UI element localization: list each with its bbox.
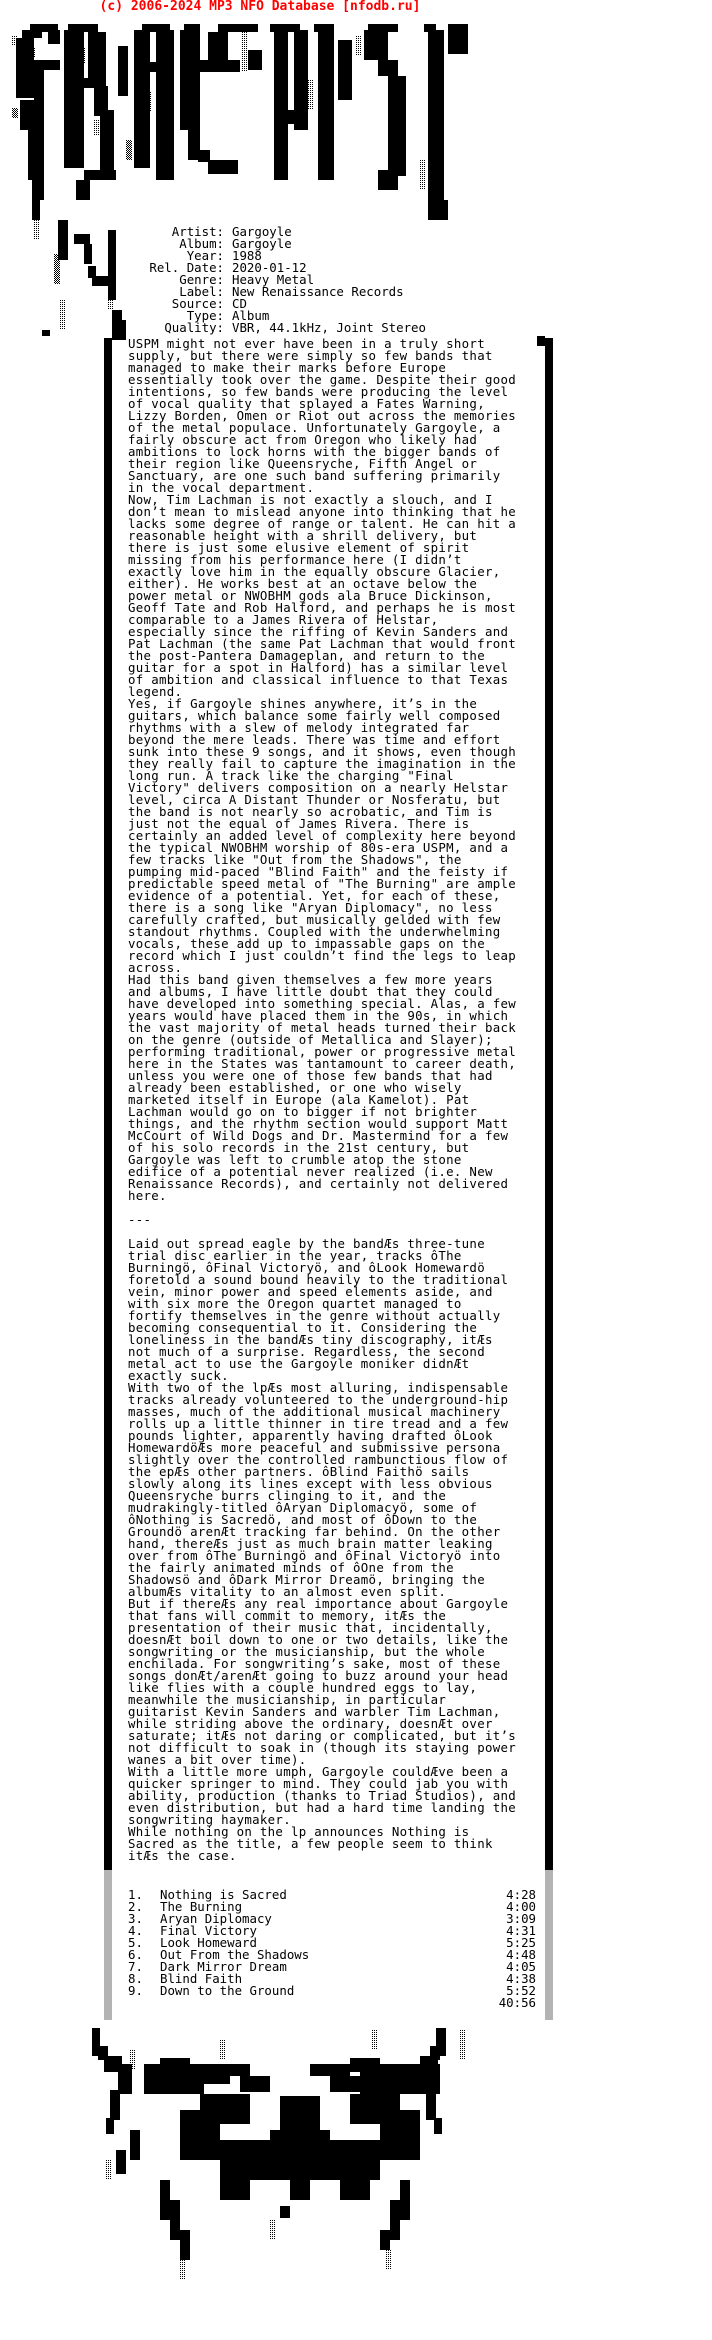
review-line: Renaissance Records), and certainly not …: [128, 1178, 538, 1190]
track-row: 9.Down to the Ground5:52: [128, 1985, 536, 1997]
review-line: itÆs the case.: [128, 1850, 538, 1862]
frame-border-right-dithered: [545, 1870, 553, 2020]
frame-border-right: [545, 338, 553, 1870]
release-info: Artist:Gargoyle Album:Gargoyle Year:1988…: [128, 226, 426, 334]
spider-ornament-icon: [70, 2010, 530, 2300]
frame-border-left: [104, 338, 112, 1870]
copyright-header: (c) 2006-2024 MP3 NFO Database [nfodb.ru…: [0, 0, 520, 13]
bottom-ornament-art: [70, 2010, 530, 2300]
track-num: 9.: [128, 1985, 143, 1997]
field-value: New Renaissance Records: [232, 286, 404, 298]
release-field: Album:Gargoyle: [128, 238, 426, 250]
release-field: Source:CD: [128, 298, 426, 310]
tracklist: 1.Nothing is Sacred4:282.The Burning4:00…: [128, 1889, 536, 2009]
field-value: VBR, 44.1kHz, Joint Stereo: [232, 322, 426, 334]
review-line: [128, 1202, 538, 1214]
frame-corner-right: [537, 336, 545, 346]
frame-corner-left: [112, 330, 120, 340]
release-field: Quality:VBR, 44.1kHz, Joint Stereo: [128, 322, 426, 334]
total-duration-row: 40:56: [128, 1997, 536, 2009]
review-line: here.: [128, 1190, 538, 1202]
review-line: record which I just couldn’t find the le…: [128, 950, 538, 962]
review-line: of ambition and classical influence to t…: [128, 674, 538, 686]
total-duration: 40:56: [499, 1997, 536, 2009]
review-text: USPM might not ever have been in a truly…: [128, 338, 538, 1862]
frame-border-left-dithered: [104, 1870, 112, 2020]
track-title: Down to the Ground: [160, 1985, 294, 1997]
field-label: Quality:: [128, 322, 224, 334]
review-line: ---: [128, 1214, 538, 1226]
